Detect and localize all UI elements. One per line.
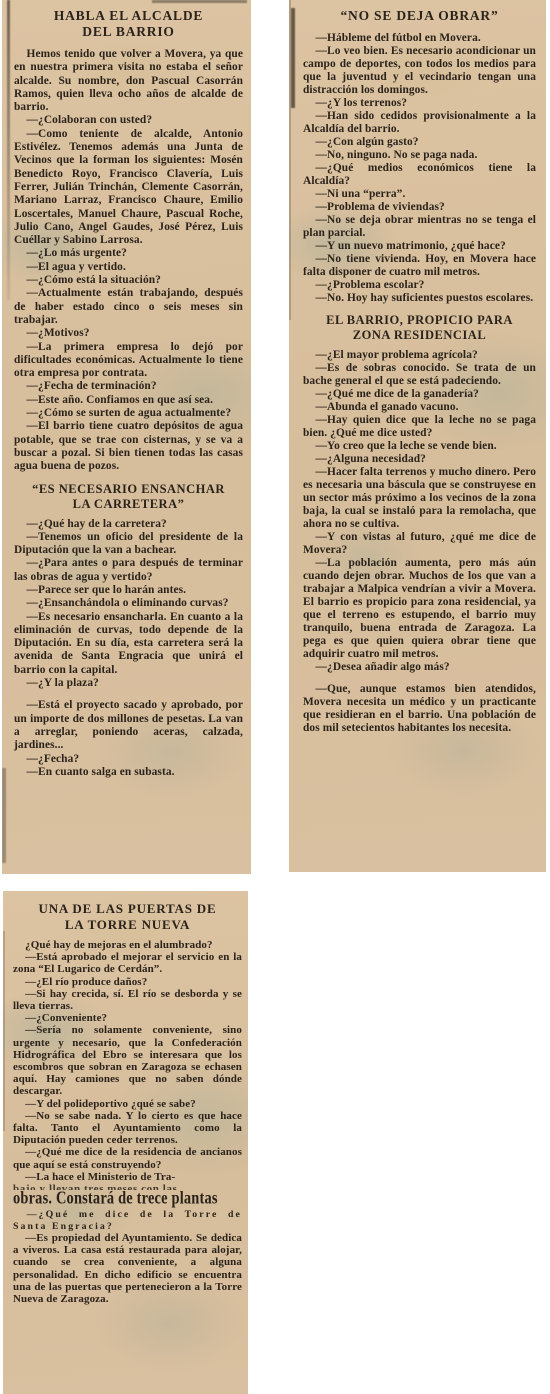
paragraph: —Problema de viviendas? [303,201,536,214]
paragraph: —Abunda el ganado vacuno. [303,401,536,414]
paragraph: —Ni una “perra”. [303,188,536,201]
paragraph: —No. Hoy hay suficientes puestos escolar… [303,292,536,305]
clipping-no-se-deja-obrar: “NO SE DEJA OBRAR” —Hábleme del fútbol e… [289,0,546,872]
article-body: ¿Qué hay de mejoras en el alumbrado?—Est… [13,939,242,1305]
ink-smudge [2,768,6,863]
paragraph: —¿Lo más urgente? [14,247,243,260]
paragraph: —Yo creo que la leche se vende bien. [303,440,536,453]
clipping-habla-el-alcalde: HABLA EL ALCALDEDEL BARRIO Hemos tenido … [2,0,251,874]
paragraph: —En cuanto salga en subasta. [14,766,243,779]
subheading: “ES NECESARIO ENSANCHARLA CARRETERA” [14,482,243,512]
paragraph: —Hacer falta terrenos y mucho dinero. Pe… [303,466,536,531]
clipping-torre-nueva: UNA DE LAS PUERTAS DELA TORRE NUEVA ¿Qué… [3,891,248,1394]
paragraph: —Y del polideportivo ¿qué se sabe? [13,1098,242,1110]
paragraph: Hemos tenido que volver a Movera, ya que… [14,48,243,114]
paragraph: —¿Qué hay de la carretera? [14,518,243,531]
paragraph: —Es necesario ensancharla. En cuanto a l… [14,611,243,677]
paragraph: —¿Para antes o para después de terminar … [14,557,243,584]
headline-line: “NO SE DEJA OBRAR” [303,8,536,24]
paragraph: —Está aprobado el mejorar el servicio en… [13,951,242,975]
paragraph: —¿Conveniente? [13,1012,242,1024]
paragraph: —El agua y vertido. [14,261,243,274]
paragraph: —¿Fecha de terminación? [14,380,243,393]
ink-smudge [152,0,247,3]
paragraph: —¿Ensanchándola o eliminando curvas? [14,597,243,610]
paragraph: —Y con vistas al futuro, ¿qué me dice de… [303,531,536,557]
paragraph: —¿Con algún gasto? [303,136,536,149]
paragraph: —Han sido cedidos provisionalmente a la … [303,110,536,136]
paragraph: —No se deja obrar mientras no se tenga e… [303,214,536,240]
headline-line: HABLA EL ALCALDE [14,8,243,24]
paragraph: —¿Qué me dice de la residencia de ancian… [13,1146,242,1170]
paragraph: —¿Fecha? [14,753,243,766]
newspaper-scan-page: { "colors": { "page_background": "#fffff… [0,0,550,1394]
paragraph: —Está el proyecto sacado y aprobado, por… [14,699,243,752]
article-headline: UNA DE LAS PUERTAS DELA TORRE NUEVA [13,901,242,932]
ink-smudge [7,0,10,300]
subheading: EL BARRIO, PROPICIO PARAZONA RESIDENCIAL [303,313,536,343]
subheading-line: LA CARRETERA” [14,497,243,512]
headline-line: DEL BARRIO [14,24,243,40]
paragraph: —¿Cómo está la situación? [14,274,243,287]
paragraph: —Lo veo bien. Es necesario acondicionar … [303,45,536,97]
paragraph: —Como teniente de alcalde, Antonio Estiv… [14,128,243,248]
paragraph: —¿Qué medios económicos tiene la Alcaldí… [303,162,536,188]
article-body: —Hábleme del fútbol en Movera.—Lo veo bi… [303,32,536,735]
paragraph: —La hace el Ministerio de Tra- [13,1171,242,1183]
paragraph: ¿Qué hay de mejoras en el alumbrado? [13,939,242,951]
paragraph: —Parece ser que lo harán antes. [14,584,243,597]
article-headline: “NO SE DEJA OBRAR” [303,8,536,24]
subheading-line: EL BARRIO, PROPICIO PARA [303,313,536,328]
subheading-line: “ES NECESARIO ENSANCHAR [14,482,243,497]
paragraph: —Actualmente están trabajando, después d… [14,287,243,327]
paragraph-small-print: —¿Qué me dice de la Torre de Santa Engra… [13,1209,242,1232]
paragraph: —Tenemos un oficio del presidente de la … [14,531,243,558]
subheading-line: ZONA RESIDENCIAL [303,328,536,343]
article-body: Hemos tenido que volver a Movera, ya que… [14,48,243,779]
paragraph: —¿Cómo se surten de agua actualmente? [14,407,243,420]
paragraph: —¿Alguna necesidad? [303,453,536,466]
headline-line: LA TORRE NUEVA [13,917,242,933]
paragraph: —¿Qué me dice de la ganadería? [303,388,536,401]
paragraph: —Que, aunque estamos bien atendidos, Mov… [303,683,536,735]
paragraph: —No se sabe nada. Y lo cierto es que hac… [13,1110,242,1147]
paragraph: —La población aumenta, pero más aún cuan… [303,557,536,661]
paragraph: —Si hay crecida, sí. El río se desborda … [13,988,242,1012]
paragraph: —¿Y la plaza? [14,677,243,690]
paragraph: —¿Y los terrenos? [303,97,536,110]
paragraph: —El barrio tiene cuatro depósitos de agu… [14,420,243,473]
paragraph: —No, ninguno. No se paga nada. [303,149,536,162]
paragraph: —¿Colaboran con usted? [14,114,243,127]
paragraph: —Hábleme del fútbol en Movera. [303,32,536,45]
paragraph: —Sería no solamente conveniente, sino ur… [13,1024,242,1097]
ink-smudge [289,0,291,320]
paragraph: —Y un nuevo matrimonio, ¿qué hace? [303,240,536,253]
paragraph: —Es de sobras conocido. Se trata de un b… [303,362,536,388]
ink-smudge [3,931,5,1131]
paragraph: —¿El río produce daños? [13,976,242,988]
article-headline: HABLA EL ALCALDEDEL BARRIO [14,8,243,40]
paragraph: —¿Desea añadir algo más? [303,661,536,674]
paragraph: —¿Problema escolar? [303,279,536,292]
paragraph: —¿Motivos? [14,327,243,340]
paragraph: —Hay quien dice que la leche no se paga … [303,414,536,440]
paragraph: —Este año. Confiamos en que así sea. [14,394,243,407]
misprinted-headline-line: obras. Constará de trece plantas [13,1189,226,1210]
headline-line: UNA DE LAS PUERTAS DE [13,901,242,917]
ink-smudge [291,8,295,108]
overprinted-lines: —La hace el Ministerio de Tra-bajo y lle… [13,1171,242,1208]
paragraph: —¿El mayor problema agrícola? [303,349,536,362]
paragraph: —No tiene vivienda. Hoy, en Movera hace … [303,253,536,279]
paragraph: —La primera empresa lo dejó por dificult… [14,341,243,381]
paragraph: —Es propiedad del Ayuntamiento. Se dedic… [13,1232,242,1305]
